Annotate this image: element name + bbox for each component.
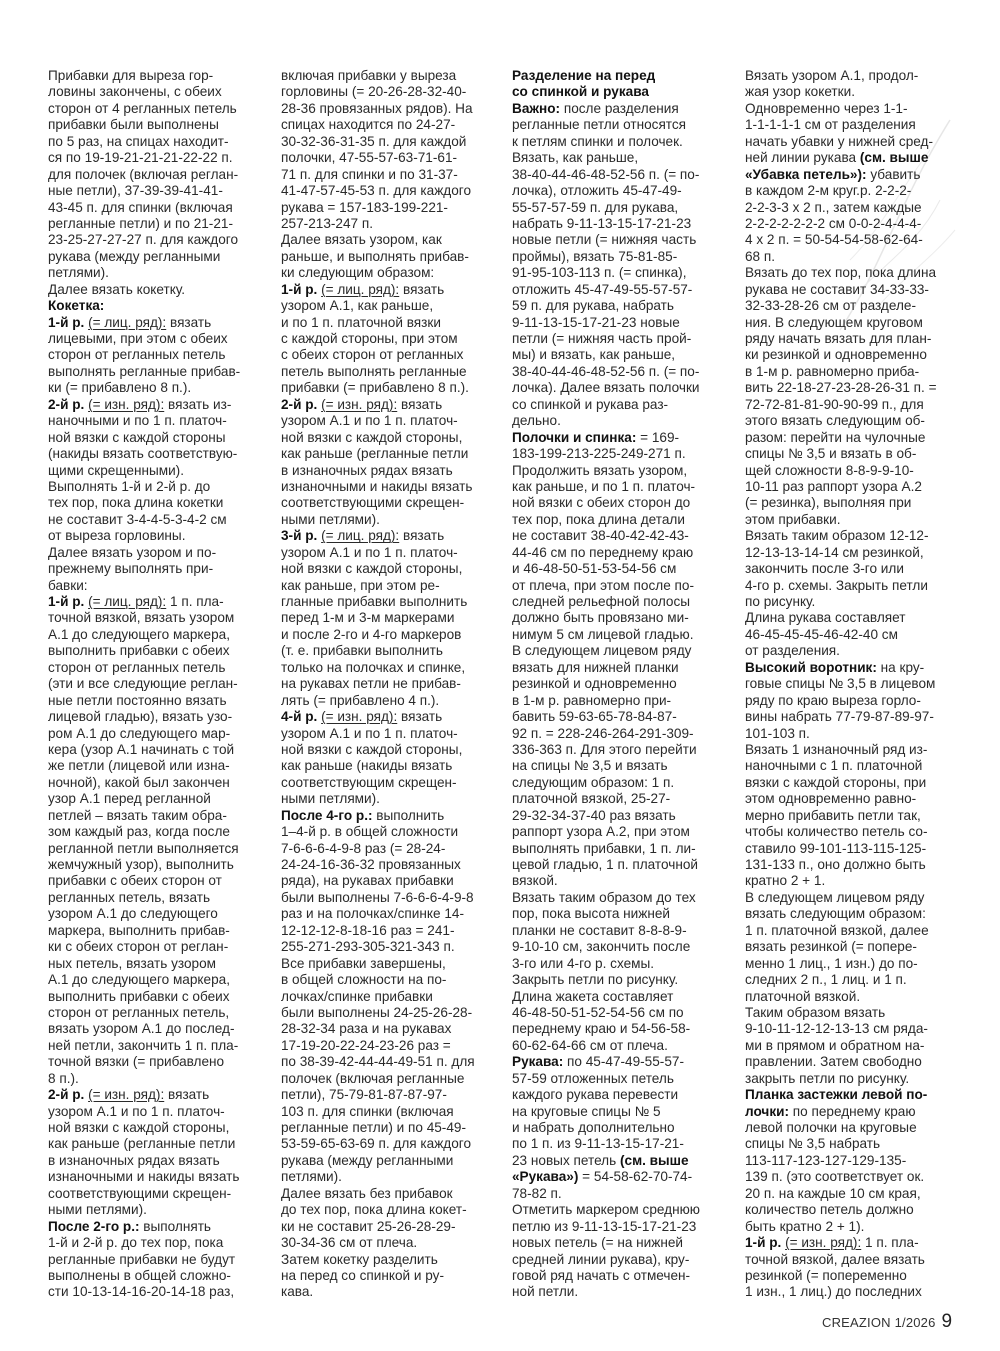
text-line: А.1 до следующего маркера, bbox=[48, 972, 270, 988]
text-run: платочной вязкой, 25-27- bbox=[512, 791, 670, 806]
text-run: выполнены в общей сложно- bbox=[48, 1268, 231, 1283]
text-line: проймы), вязать 75-81-85- bbox=[512, 249, 734, 265]
text-run: пор, пока высота нижней bbox=[512, 906, 670, 921]
text-line: 1 п. платочной вязкой, далее bbox=[745, 923, 967, 939]
text-run: вязать bbox=[399, 282, 444, 297]
text-run: должно быть провязано ми- bbox=[512, 610, 689, 625]
text-run: маркера, выполнить прибав- bbox=[48, 923, 230, 938]
text-line: 20 п. на каждые 10 см края, bbox=[745, 1186, 967, 1202]
text-line: маркера, выполнить прибав- bbox=[48, 923, 270, 939]
text-line: чтобы количество петель со- bbox=[745, 824, 967, 840]
text-line: со спинкой и рукава bbox=[512, 84, 734, 100]
text-run: ней петли, закончить 1 п. пла- bbox=[48, 1038, 238, 1053]
text-run: начать убавки у нижней сред- bbox=[745, 134, 933, 149]
text-line: ки не составит 25-26-28-29- bbox=[281, 1219, 503, 1235]
text-run: 12-13-13-14-14 см резинкой, bbox=[745, 545, 924, 560]
text-run: до тех пор, пока длина кокет- bbox=[281, 1202, 467, 1217]
text-run: 30-34-36 см от плеча. bbox=[281, 1235, 417, 1250]
text-line: нимум 5 см лицевой гладью. bbox=[512, 627, 734, 643]
text-run: рукава не составит 34-33-33- bbox=[745, 282, 929, 297]
text-line: жая узор кокетки. bbox=[745, 84, 967, 100]
text-run: отложить 45-47-49-55-57-57- bbox=[512, 282, 692, 297]
text-line: 4-й р. (= изн. ряд): вязать bbox=[281, 709, 503, 725]
text-run: левой полочки на круговые bbox=[745, 1120, 917, 1135]
text-line: 91-95-103-113 п. (= спинка), bbox=[512, 265, 734, 281]
text-run: соответствующими скрещен- bbox=[48, 1186, 231, 1201]
text-run: изнаночными и накиды вязать bbox=[281, 479, 472, 494]
text-run: 44-46 см по переднему краю bbox=[512, 545, 693, 560]
text-run: ней линии рукава bbox=[745, 150, 860, 165]
text-run: от плеча, при этом после по- bbox=[512, 578, 694, 593]
text-run: 38-40-44-46-48-52-56 п. (= по- bbox=[512, 364, 699, 379]
text-run: 72-72-81-81-90-90-99 п., для bbox=[745, 397, 924, 412]
text-run: точной вязки (= прибавлено bbox=[48, 1054, 224, 1069]
text-run: вязать bbox=[164, 1087, 209, 1102]
text-line: же петли (лицевой или изна- bbox=[48, 758, 270, 774]
text-run: и после 2-го и 4-го маркеров bbox=[281, 627, 461, 642]
text-line: ся по 19-19-21-21-21-22-22 п. bbox=[48, 150, 270, 166]
text-line: Продолжить вязать узором, bbox=[512, 463, 734, 479]
text-line: выполнены в общей сложно- bbox=[48, 1268, 270, 1284]
text-line: 24-24-16-36-32 провязанных bbox=[281, 857, 503, 873]
text-line: кера (узор А.1 начинать с той bbox=[48, 742, 270, 758]
text-column-1: Прибавки для выреза гор-ловины закончены… bbox=[48, 68, 270, 1301]
text-run: спицы № 3,5 и вязать в об- bbox=[745, 446, 916, 461]
text-run: и по 1 п. платочной вязки bbox=[281, 315, 441, 330]
text-run: ночной), какой был закончен bbox=[48, 775, 230, 790]
text-run: в 1-м р. равномерно приба- bbox=[745, 364, 919, 379]
text-run: изнаночными и накиды вязать bbox=[48, 1169, 239, 1184]
text-line: зом каждый раз, когда после bbox=[48, 824, 270, 840]
text-line: петлей – вязать таким обра- bbox=[48, 808, 270, 824]
text-run: перед 1-м и 3-м маркерами bbox=[281, 610, 454, 625]
text-run: ки с обеих сторон от реглан- bbox=[48, 939, 228, 954]
text-run: узором А.1 и по 1 п. платоч- bbox=[281, 413, 458, 428]
text-run: 46-48-50-51-52-54-56 см по bbox=[512, 1005, 684, 1020]
text-line: Вязать, как раньше, bbox=[512, 150, 734, 166]
text-line: 41-47-57-45-53 п. для каждого bbox=[281, 183, 503, 199]
text-run: (= резинка), выполняя при bbox=[745, 495, 911, 510]
text-run: быть кратно 2 + 1). bbox=[745, 1219, 864, 1234]
text-run: закрыть петли по рисунку. bbox=[745, 1071, 909, 1086]
text-line: лочка). Далее вязать полочки bbox=[512, 380, 734, 396]
text-line: петли), 75-79-81-87-87-97- bbox=[281, 1087, 503, 1103]
text-run: и набрать дополнительно bbox=[512, 1120, 675, 1135]
text-run: были выполнены 7-6-6-6-4-9-8 bbox=[281, 890, 474, 905]
text-line: соответствующими скрещен- bbox=[48, 1186, 270, 1202]
text-run: жемчужный узор), выполнить bbox=[48, 857, 234, 872]
text-run: ловины закончены, с обеих bbox=[48, 84, 222, 99]
text-run: включая прибавки у выреза bbox=[281, 68, 456, 83]
text-line: вязать узором А.1 до послед- bbox=[48, 1021, 270, 1037]
text-run: 4 х 2 п. = 50-54-54-58-62-64- bbox=[745, 232, 923, 247]
text-run: соответствующим скрещен- bbox=[281, 775, 457, 790]
text-run: 20 п. на каждые 10 см края, bbox=[745, 1186, 921, 1201]
text-line: и после 2-го и 4-го маркеров bbox=[281, 627, 503, 643]
text-line: к петлям спинки и полочек. bbox=[512, 134, 734, 150]
text-run: ния. В следующем круговом bbox=[745, 315, 923, 330]
text-run: ной вязки с каждой стороны, bbox=[281, 430, 462, 445]
text-run: новые петли (= нижняя часть bbox=[512, 232, 696, 247]
text-run: в 1-м р. равномерно при- bbox=[512, 693, 671, 708]
text-line: петлю из 9-11-13-15-17-21-23 bbox=[512, 1219, 734, 1235]
text-run: вязкой. bbox=[512, 873, 558, 888]
text-run: выполнять bbox=[140, 1219, 212, 1234]
text-run: петли), 75-79-81-87-87-97- bbox=[281, 1087, 447, 1102]
bold-text-run: 3-й р. bbox=[281, 528, 317, 543]
text-run: нимум 5 см лицевой гладью. bbox=[512, 627, 693, 642]
text-run: вязать bbox=[399, 528, 444, 543]
text-run: 2-2-3-3 х 2 п., затем каждые bbox=[745, 200, 922, 215]
text-line: 2-2-3-3 х 2 п., затем каждые bbox=[745, 200, 967, 216]
text-run: планки не составит 8-8-8-9- bbox=[512, 923, 687, 938]
bold-text-run: (см. выше bbox=[860, 150, 929, 165]
text-run: были выполнены 24-25-26-28- bbox=[281, 1005, 472, 1020]
text-run: вязать bbox=[166, 315, 211, 330]
text-run: по 38-39-42-44-44-49-51 п. для bbox=[281, 1054, 475, 1069]
text-line: 4 х 2 п. = 50-54-54-58-62-64- bbox=[745, 232, 967, 248]
text-run: лочка), отложить 45-47-49- bbox=[512, 183, 682, 198]
text-run: ными петлями). bbox=[281, 512, 380, 527]
text-line: полочек (включая регланные bbox=[281, 1071, 503, 1087]
text-line: на спицы № 3,5 и вязать bbox=[512, 758, 734, 774]
text-line: рукава (между регланными bbox=[48, 249, 270, 265]
text-line: лочках/спинке прибавки bbox=[281, 989, 503, 1005]
text-line: 29-32-34-37-40 раз вязать bbox=[512, 808, 734, 824]
text-line: гланные прибавки выполнить bbox=[281, 594, 503, 610]
bold-text-run: 2-й р. bbox=[48, 397, 84, 412]
text-line: выполнить прибавки с обеих bbox=[48, 989, 270, 1005]
text-line: ные петли), 37-39-39-41-41- bbox=[48, 183, 270, 199]
text-line: Закрыть петли по рисунку. bbox=[512, 972, 734, 988]
text-run: (накиды вязать соответствую- bbox=[48, 446, 237, 461]
text-run: как раньше, и по 1 п. платоч- bbox=[512, 479, 695, 494]
text-line: 1–4-й р. в общей сложности bbox=[281, 824, 503, 840]
text-run: менно 1 лиц., 1 изн.) до по- bbox=[745, 956, 918, 971]
bold-text-run: «Рукава») bbox=[512, 1169, 578, 1184]
text-line: 336-363 п. Для этого перейти bbox=[512, 742, 734, 758]
text-line: 1-й р. (= лиц. ряд): вязать bbox=[48, 315, 270, 331]
text-run: в общей сложности на по- bbox=[281, 972, 446, 987]
underlined-text-run: (= изн. ряд): bbox=[88, 397, 164, 412]
text-line: петлями). bbox=[48, 265, 270, 281]
text-line: 71 п. для спинки и по 31-37- bbox=[281, 167, 503, 183]
text-line: 4-го р. схемы. Закрыть петли bbox=[745, 578, 967, 594]
text-line: ной вязки с каждой стороны, bbox=[281, 430, 503, 446]
bold-text-run: 1-й р. bbox=[745, 1235, 781, 1250]
text-line: 12-13-13-14-14 см резинкой, bbox=[745, 545, 967, 561]
text-run: 103 п. для спинки (включая bbox=[281, 1104, 454, 1119]
text-run: от выреза горловины. bbox=[48, 528, 185, 543]
text-line: следней рельефной полосы bbox=[512, 594, 734, 610]
text-run: ки не составит 25-26-28-29- bbox=[281, 1219, 456, 1234]
text-line: 7-6-6-6-4-9-8 раз (= 28-24- bbox=[281, 841, 503, 857]
text-run: 3-го или 4-го р. схемы. bbox=[512, 956, 654, 971]
text-line: соответствующим скрещен- bbox=[281, 775, 503, 791]
text-run: ными петлями). bbox=[281, 791, 380, 806]
text-line: резинкой (= попеременно bbox=[745, 1268, 967, 1284]
text-line: Одновременно через 1-1- bbox=[745, 101, 967, 117]
text-run: = 54-58-62-70-74- bbox=[578, 1169, 692, 1184]
text-line: с обеих сторон от регланных bbox=[281, 347, 503, 363]
text-line: этом прибавки. bbox=[745, 512, 967, 528]
bold-text-run: После 4-го р.: bbox=[281, 808, 373, 823]
text-line: ловины закончены, с обеих bbox=[48, 84, 270, 100]
text-run: 257-213-247 п. bbox=[281, 216, 373, 231]
text-line: 32-33-28-26 см от разделе- bbox=[745, 298, 967, 314]
page-number: 9 bbox=[942, 1311, 953, 1333]
text-line: были выполнены 7-6-6-6-4-9-8 bbox=[281, 890, 503, 906]
text-line: планки не составит 8-8-8-9- bbox=[512, 923, 734, 939]
text-run: мы) и вязать, как раньше, bbox=[512, 347, 675, 362]
text-line: 23 новых петель (см. выше bbox=[512, 1153, 734, 1169]
text-line: и по 1 п. платочной вязки bbox=[281, 315, 503, 331]
text-line: 183-199-213-225-249-271 п. bbox=[512, 446, 734, 462]
text-line: отложить 45-47-49-55-57-57- bbox=[512, 282, 734, 298]
text-line: 57-59 отложенных петель bbox=[512, 1071, 734, 1087]
text-run: 41-47-57-45-53 п. для каждого bbox=[281, 183, 471, 198]
text-line: были выполнены 24-25-26-28- bbox=[281, 1005, 503, 1021]
text-line: Далее вязать узором и по- bbox=[48, 545, 270, 561]
text-line: не составит 38-40-42-42-43- bbox=[512, 528, 734, 544]
text-run: петель выполнять регланные bbox=[281, 364, 467, 379]
text-run: петлей – вязать таким обра- bbox=[48, 808, 227, 823]
text-line: лочки: по переднему краю bbox=[745, 1104, 967, 1120]
text-line: 139 п. (это соответствует ок. bbox=[745, 1169, 967, 1185]
text-run: следующим образом: 1 п. bbox=[512, 775, 674, 790]
text-line: в 1-м р. равномерно при- bbox=[512, 693, 734, 709]
text-run: кера (узор А.1 начинать с той bbox=[48, 742, 234, 757]
text-line: перед 1-м и 3-м маркерами bbox=[281, 610, 503, 626]
text-run: и 46-48-50-51-53-54-56 см bbox=[512, 561, 676, 576]
text-line: пор, пока высота нижней bbox=[512, 906, 734, 922]
text-run: мерно прибавить петли так, bbox=[745, 808, 921, 823]
text-line: Длина жакета составляет bbox=[512, 989, 734, 1005]
text-line: ночной), какой был закончен bbox=[48, 775, 270, 791]
text-line: прибавки были выполнены bbox=[48, 117, 270, 133]
text-line: 53-59-65-63-69 п. для каждого bbox=[281, 1136, 503, 1152]
text-run: 60-62-64-66 см от плеча. bbox=[512, 1038, 668, 1053]
text-line: ряду по краю выреза горло- bbox=[745, 693, 967, 709]
text-run: 59 п. для рукава, набрать bbox=[512, 298, 674, 313]
text-line: прибавки (= прибавлено 8 п.). bbox=[281, 380, 503, 396]
text-run: 91-95-103-113 п. (= спинка), bbox=[512, 265, 686, 280]
underlined-text-run: (= изн. ряд): bbox=[321, 397, 397, 412]
text-line: 23-25-27-27-27 п. для каждого bbox=[48, 232, 270, 248]
text-line: и 46-48-50-51-53-54-56 см bbox=[512, 561, 734, 577]
text-run: говой ряд начать с отмечен- bbox=[512, 1268, 690, 1283]
text-run: на круговые спицы № 5 bbox=[512, 1104, 661, 1119]
text-run: = 169- bbox=[636, 430, 679, 445]
text-line: 1-й р. (= лиц. ряд): 1 п. пла- bbox=[48, 594, 270, 610]
bold-text-run: 2-й р. bbox=[281, 397, 317, 412]
bold-text-run: Планка застежки левой по- bbox=[745, 1087, 927, 1102]
text-run: этого вязать следующим об- bbox=[745, 413, 925, 428]
text-line: ки с обеих сторон от реглан- bbox=[48, 939, 270, 955]
text-line: как раньше, и по 1 п. платоч- bbox=[512, 479, 734, 495]
text-run: по 45-47-49-55-57- bbox=[563, 1054, 684, 1069]
text-run: узором А.1, как раньше, bbox=[281, 298, 433, 313]
text-run: ряду начать вязать для план- bbox=[745, 331, 931, 346]
text-line: наночными и по 1 п. платоч- bbox=[48, 413, 270, 429]
text-run: ные петли), 37-39-39-41-41- bbox=[48, 183, 223, 198]
text-line: на рукавах петли не прибав- bbox=[281, 676, 503, 692]
text-line: менно 1 лиц., 1 изн.) до по- bbox=[745, 956, 967, 972]
text-line: регланные петли относятся bbox=[512, 117, 734, 133]
text-line: жемчужный узор), выполнить bbox=[48, 857, 270, 873]
text-line: выполнять прибавки, 1 п. ли- bbox=[512, 841, 734, 857]
text-line: по 5 раз, на спицах находит- bbox=[48, 134, 270, 150]
text-run: точной вязкой, далее вязать bbox=[745, 1252, 925, 1267]
text-run: ром А.1 до следующего мар- bbox=[48, 726, 230, 741]
text-run: по рисунку. bbox=[745, 594, 815, 609]
text-run: жая узор кокетки. bbox=[745, 84, 855, 99]
text-run: узор А.1 перед регланной bbox=[48, 791, 211, 806]
text-line: 10-11 раз раппорт узора А.2 bbox=[745, 479, 967, 495]
text-line: кава. bbox=[281, 1284, 503, 1300]
text-line: 3-й р. (= лиц. ряд): вязать bbox=[281, 528, 503, 544]
text-run: регланные прибавки не будут bbox=[48, 1252, 235, 1267]
text-run: ставило 99-101-113-115-125- bbox=[745, 841, 926, 856]
text-line: 46-48-50-51-52-54-56 см по bbox=[512, 1005, 734, 1021]
text-run: узором А.1 и по 1 п. платоч- bbox=[281, 545, 458, 560]
text-line: (т. е. прибавки выполнить bbox=[281, 643, 503, 659]
text-line: ки (= прибавлено 8 п.). bbox=[48, 380, 270, 396]
text-run: узором А.1 до следующего bbox=[48, 906, 218, 921]
text-line: этого вязать следующим об- bbox=[745, 413, 967, 429]
text-run: выполнить bbox=[373, 808, 445, 823]
text-run: средней линии рукава), кру- bbox=[512, 1252, 689, 1267]
text-line: ней петли, закончить 1 п. пла- bbox=[48, 1038, 270, 1054]
text-line: Прибавки для выреза гор- bbox=[48, 68, 270, 84]
text-run: вязать для нижней планки bbox=[512, 660, 679, 675]
text-line: вины набрать 77-79-87-89-97- bbox=[745, 709, 967, 725]
magazine-issue: CREAZION 1/2026 bbox=[822, 1315, 936, 1330]
text-run: по 1 п. из 9-11-13-15-17-21- bbox=[512, 1136, 684, 1151]
text-run: раппорт узора А.2, при этом bbox=[512, 824, 690, 839]
text-line: в общей сложности на по- bbox=[281, 972, 503, 988]
text-line: 2-й р. (= изн. ряд): вязать bbox=[48, 1087, 270, 1103]
text-run: Одновременно через 1-1- bbox=[745, 101, 908, 116]
text-line: вить 22-18-27-23-28-26-31 п. = bbox=[745, 380, 967, 396]
text-run: говые спицы № 3,5 в лицевом bbox=[745, 676, 935, 691]
text-line: щей сложности 8-8-9-9-10- bbox=[745, 463, 967, 479]
text-run: бавить 59-63-65-78-84-87- bbox=[512, 709, 677, 724]
text-line: узором А.1 и по 1 п. платоч- bbox=[281, 726, 503, 742]
text-run: точной вязкой, вязать узором bbox=[48, 610, 234, 625]
text-line: каждого рукава перевести bbox=[512, 1087, 734, 1103]
text-run: 1-й и 2-й р. до тех пор, пока bbox=[48, 1235, 223, 1250]
text-run: 55-57-57-59 п. для рукава, bbox=[512, 200, 678, 215]
text-run: вязать bbox=[397, 709, 442, 724]
text-line: 68 п. bbox=[745, 249, 967, 265]
text-run: Вязать таким образом до тех bbox=[512, 890, 696, 905]
text-run: А.1 до следующего маркера, bbox=[48, 972, 230, 987]
text-run: прибавки с обеих сторон от bbox=[48, 873, 222, 888]
bold-text-run: Высокий воротник: bbox=[745, 660, 877, 675]
text-line: 113-117-123-127-129-135- bbox=[745, 1153, 967, 1169]
text-line: мы) и вязать, как раньше, bbox=[512, 347, 734, 363]
bold-text-run: 4-й р. bbox=[281, 709, 317, 724]
text-run: этом прибавки. bbox=[745, 512, 840, 527]
text-line: средней линии рукава), кру- bbox=[512, 1252, 734, 1268]
text-line: 43-45 п. для спинки (включая bbox=[48, 200, 270, 216]
text-run: вязать из- bbox=[164, 397, 231, 412]
text-run: соответствующими скрещен- bbox=[281, 495, 464, 510]
text-run: петлями). bbox=[48, 265, 109, 280]
text-line: лицевой гладью), вязать узо- bbox=[48, 709, 270, 725]
text-line: разом: перейти на чулочные bbox=[745, 430, 967, 446]
text-line: полочки, 47-55-57-63-71-61- bbox=[281, 150, 503, 166]
text-run: 78-82 п. bbox=[512, 1186, 562, 1201]
text-line: для полочек (включая реглан- bbox=[48, 167, 270, 183]
text-column-2: включая прибавки у вырезагорловины (= 20… bbox=[281, 68, 503, 1301]
text-line: закончить после 3-го или bbox=[745, 561, 967, 577]
text-run: петлями). bbox=[281, 1169, 342, 1184]
text-line: ной вязки с каждой стороны, bbox=[281, 742, 503, 758]
text-run: 23 новых петель bbox=[512, 1153, 620, 1168]
text-line: быть кратно 2 + 1). bbox=[745, 1219, 967, 1235]
text-line: 103 п. для спинки (включая bbox=[281, 1104, 503, 1120]
bold-text-run: Разделение на перед bbox=[512, 68, 655, 83]
text-line: ных петель, вязать узором bbox=[48, 956, 270, 972]
text-line: выполнить прибавки с обеих bbox=[48, 643, 270, 659]
text-line: 17-19-20-22-24-23-26 раз = bbox=[281, 1038, 503, 1054]
text-line: набрать 9-11-13-15-17-21-23 bbox=[512, 216, 734, 232]
text-line: ными петлями). bbox=[281, 791, 503, 807]
underlined-text-run: (= лиц. ряд): bbox=[88, 315, 166, 330]
text-run: ряду по краю выреза горло- bbox=[745, 693, 921, 708]
text-line: ной петли. bbox=[512, 1284, 734, 1300]
text-run: 29-32-34-37-40 раз вязать bbox=[512, 808, 676, 823]
text-line: ные петли постоянно вязать bbox=[48, 693, 270, 709]
text-run: резинкой и одновременно bbox=[512, 676, 677, 691]
text-line: После 4-го р.: выполнить bbox=[281, 808, 503, 824]
text-line: 44-46 см по переднему краю bbox=[512, 545, 734, 561]
text-line: 28-36 провязанных рядов). На bbox=[281, 101, 503, 117]
text-run: рукава (между регланными bbox=[281, 1153, 453, 1168]
text-run: по 5 раз, на спицах находит- bbox=[48, 134, 229, 149]
text-line: в изнаночных рядах вязать bbox=[48, 1153, 270, 1169]
text-line: регланной петли выполняется bbox=[48, 841, 270, 857]
text-line: «Убавка петель»): убавить bbox=[745, 167, 967, 183]
text-run: разом: перейти на чулочные bbox=[745, 430, 925, 445]
text-line: вязки с каждой стороны, при bbox=[745, 775, 967, 791]
bold-text-run: Полочки и спинка: bbox=[512, 430, 636, 445]
text-run: как раньше (накиды вязать bbox=[281, 758, 452, 773]
text-run: 7-6-6-6-4-9-8 раз (= 28-24- bbox=[281, 841, 445, 856]
text-line: сторон от регланных петель bbox=[48, 347, 270, 363]
text-run: 1–4-й р. в общей сложности bbox=[281, 824, 458, 839]
text-run: ной вязки с каждой стороны, bbox=[48, 1120, 229, 1135]
text-run: Вязать до тех пор, пока длина bbox=[745, 265, 936, 280]
text-run: набрать 9-11-13-15-17-21-23 bbox=[512, 216, 691, 231]
text-line: 3-го или 4-го р. схемы. bbox=[512, 956, 734, 972]
text-line: количество петель должно bbox=[745, 1202, 967, 1218]
text-run: 183-199-213-225-249-271 п. bbox=[512, 446, 686, 461]
text-run: прежнему выполнять при- bbox=[48, 561, 213, 576]
text-run: ки (= прибавлено 8 п.). bbox=[48, 380, 191, 395]
text-line: 1-й р. (= лиц. ряд): вязать bbox=[281, 282, 503, 298]
text-run: тех пор, пока длина кокетки bbox=[48, 495, 223, 510]
text-line: 1-1-1-1-1 см от разделения bbox=[745, 117, 967, 133]
text-run: 28-32-34 раза и на рукавах bbox=[281, 1021, 451, 1036]
text-line: Важно: после разделения bbox=[512, 101, 734, 117]
text-line: Вязать узором А.1, продол- bbox=[745, 68, 967, 84]
text-line: со спинкой и рукава раз- bbox=[512, 397, 734, 413]
text-line: только на полочках и спинке, bbox=[281, 660, 503, 676]
text-line: включая прибавки у выреза bbox=[281, 68, 503, 84]
